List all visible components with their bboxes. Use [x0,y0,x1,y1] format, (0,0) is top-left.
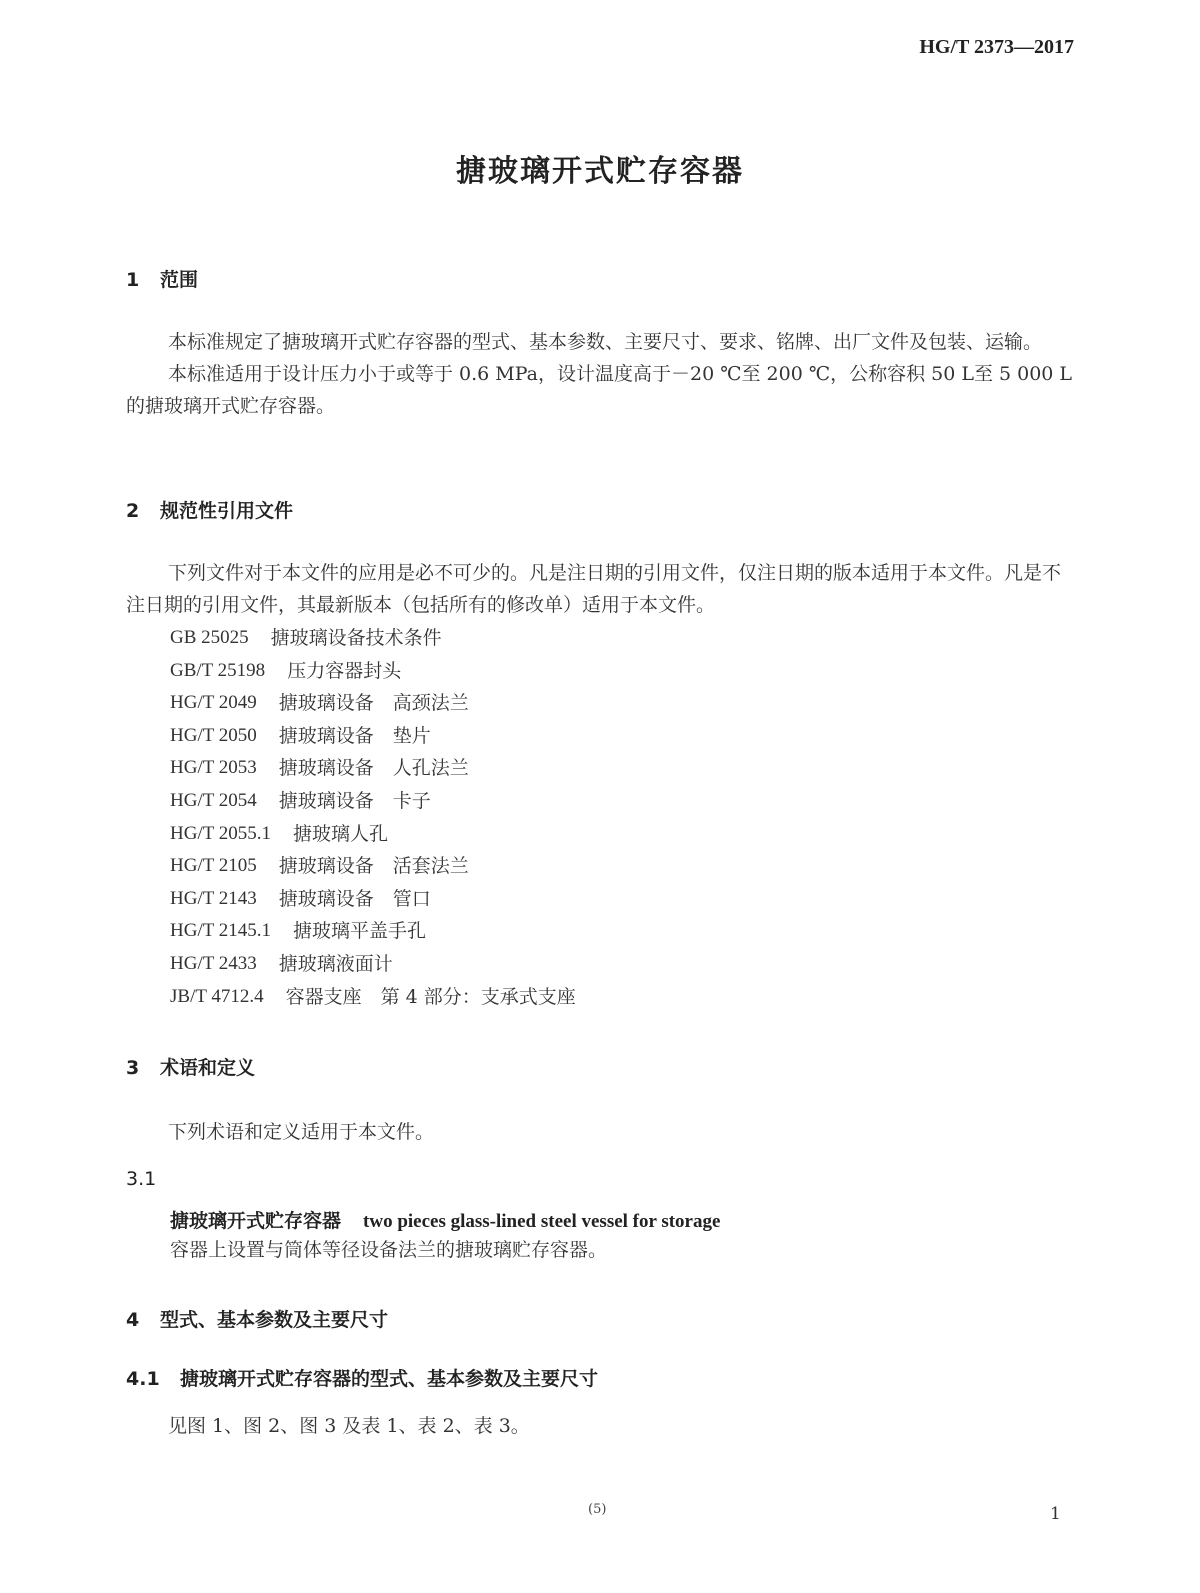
page-number: 1 [1050,1504,1061,1524]
section-title: 型式、基本参数及主要尺寸 [160,1309,388,1331]
reference-code: GB 25025 [170,622,249,655]
reference-item: JB/T 4712.4容器支座 第 4 部分：支承式支座 [170,981,576,1014]
paragraph: 下列文件对于本文件的应用是必不可少的。凡是注日期的引用文件，仅注日期的版本适用于… [126,557,1076,621]
term-english: two pieces glass-lined steel vessel for … [363,1211,720,1232]
reference-title: 搪玻璃平盖手孔 [293,915,426,948]
reference-code: HG/T 2143 [170,883,257,916]
reference-title: 搪玻璃设备技术条件 [271,622,442,655]
reference-code: HG/T 2049 [170,687,257,720]
section-title: 规范性引用文件 [160,500,293,522]
reference-title: 容器支座 第 4 部分：支承式支座 [286,981,576,1014]
section-1-heading: 1范围 [126,265,198,292]
reference-title: 搪玻璃设备 人孔法兰 [279,752,469,785]
section-2-intro: 下列文件对于本文件的应用是必不可少的。凡是注日期的引用文件，仅注日期的版本适用于… [126,557,1076,621]
reference-title: 搪玻璃设备 管口 [279,883,431,916]
section-number: 1 [126,269,160,291]
subsection-4-1-text: 见图 1、图 2、图 3 及表 1、表 2、表 3。 [168,1410,530,1442]
term-number: 3.1 [126,1168,156,1190]
term-chinese: 搪玻璃开式贮存容器 [170,1210,341,1232]
reference-item: GB 25025搪玻璃设备技术条件 [170,622,576,655]
reference-code: HG/T 2433 [170,948,257,981]
reference-list: GB 25025搪玻璃设备技术条件 GB/T 25198压力容器封头 HG/T … [170,622,576,1013]
term-entry: 搪玻璃开式贮存容器two pieces glass-lined steel ve… [170,1206,720,1233]
standard-code: HG/T 2373—2017 [919,36,1074,59]
reference-title: 搪玻璃设备 垫片 [279,720,431,753]
section-3-heading: 3术语和定义 [126,1053,255,1080]
reference-item: HG/T 2050搪玻璃设备 垫片 [170,720,576,753]
subsection-title: 搪玻璃开式贮存容器的型式、基本参数及主要尺寸 [180,1368,598,1390]
document-title: 搪玻璃开式贮存容器 [0,146,1200,190]
section-title: 范围 [160,269,198,291]
section-4-heading: 4型式、基本参数及主要尺寸 [126,1305,388,1332]
reference-title: 搪玻璃设备 高颈法兰 [279,687,469,720]
reference-code: HG/T 2055.1 [170,818,271,851]
reference-code: JB/T 4712.4 [170,981,264,1014]
section-1-body: 本标准规定了搪玻璃开式贮存容器的型式、基本参数、主要尺寸、要求、铭牌、出厂文件及… [126,326,1076,422]
section-number: 4 [126,1309,160,1331]
reference-code: HG/T 2105 [170,850,257,883]
reference-code: HG/T 2145.1 [170,915,271,948]
reference-item: HG/T 2049搪玻璃设备 高颈法兰 [170,687,576,720]
reference-code: HG/T 2053 [170,752,257,785]
section-title: 术语和定义 [160,1057,255,1079]
reference-title: 压力容器封头 [287,655,401,688]
footer-print-page: (5) [588,1502,606,1517]
section-3-intro: 下列术语和定义适用于本文件。 [168,1116,434,1148]
reference-item: GB/T 25198压力容器封头 [170,655,576,688]
subsection-4-1-heading: 4.1搪玻璃开式贮存容器的型式、基本参数及主要尺寸 [126,1364,598,1391]
reference-title: 搪玻璃液面计 [279,948,393,981]
paragraph: 本标准适用于设计压力小于或等于 0.6 MPa，设计温度高于－20 ℃至 200… [126,358,1076,422]
reference-item: HG/T 2433搪玻璃液面计 [170,948,576,981]
reference-title: 搪玻璃设备 活套法兰 [279,850,469,883]
section-number: 2 [126,500,160,522]
reference-code: GB/T 25198 [170,655,265,688]
reference-title: 搪玻璃人孔 [293,818,388,851]
reference-title: 搪玻璃设备 卡子 [279,785,431,818]
subsection-number: 4.1 [126,1368,180,1390]
reference-item: HG/T 2053搪玻璃设备 人孔法兰 [170,752,576,785]
paragraph: 本标准规定了搪玻璃开式贮存容器的型式、基本参数、主要尺寸、要求、铭牌、出厂文件及… [126,326,1076,358]
reference-code: HG/T 2054 [170,785,257,818]
reference-item: HG/T 2143搪玻璃设备 管口 [170,883,576,916]
term-definition: 容器上设置与筒体等径设备法兰的搪玻璃贮存容器。 [170,1234,607,1266]
reference-item: HG/T 2055.1搪玻璃人孔 [170,818,576,851]
reference-item: HG/T 2145.1搪玻璃平盖手孔 [170,915,576,948]
reference-code: HG/T 2050 [170,720,257,753]
section-number: 3 [126,1057,160,1079]
reference-item: HG/T 2105搪玻璃设备 活套法兰 [170,850,576,883]
reference-item: HG/T 2054搪玻璃设备 卡子 [170,785,576,818]
section-2-heading: 2规范性引用文件 [126,496,293,523]
